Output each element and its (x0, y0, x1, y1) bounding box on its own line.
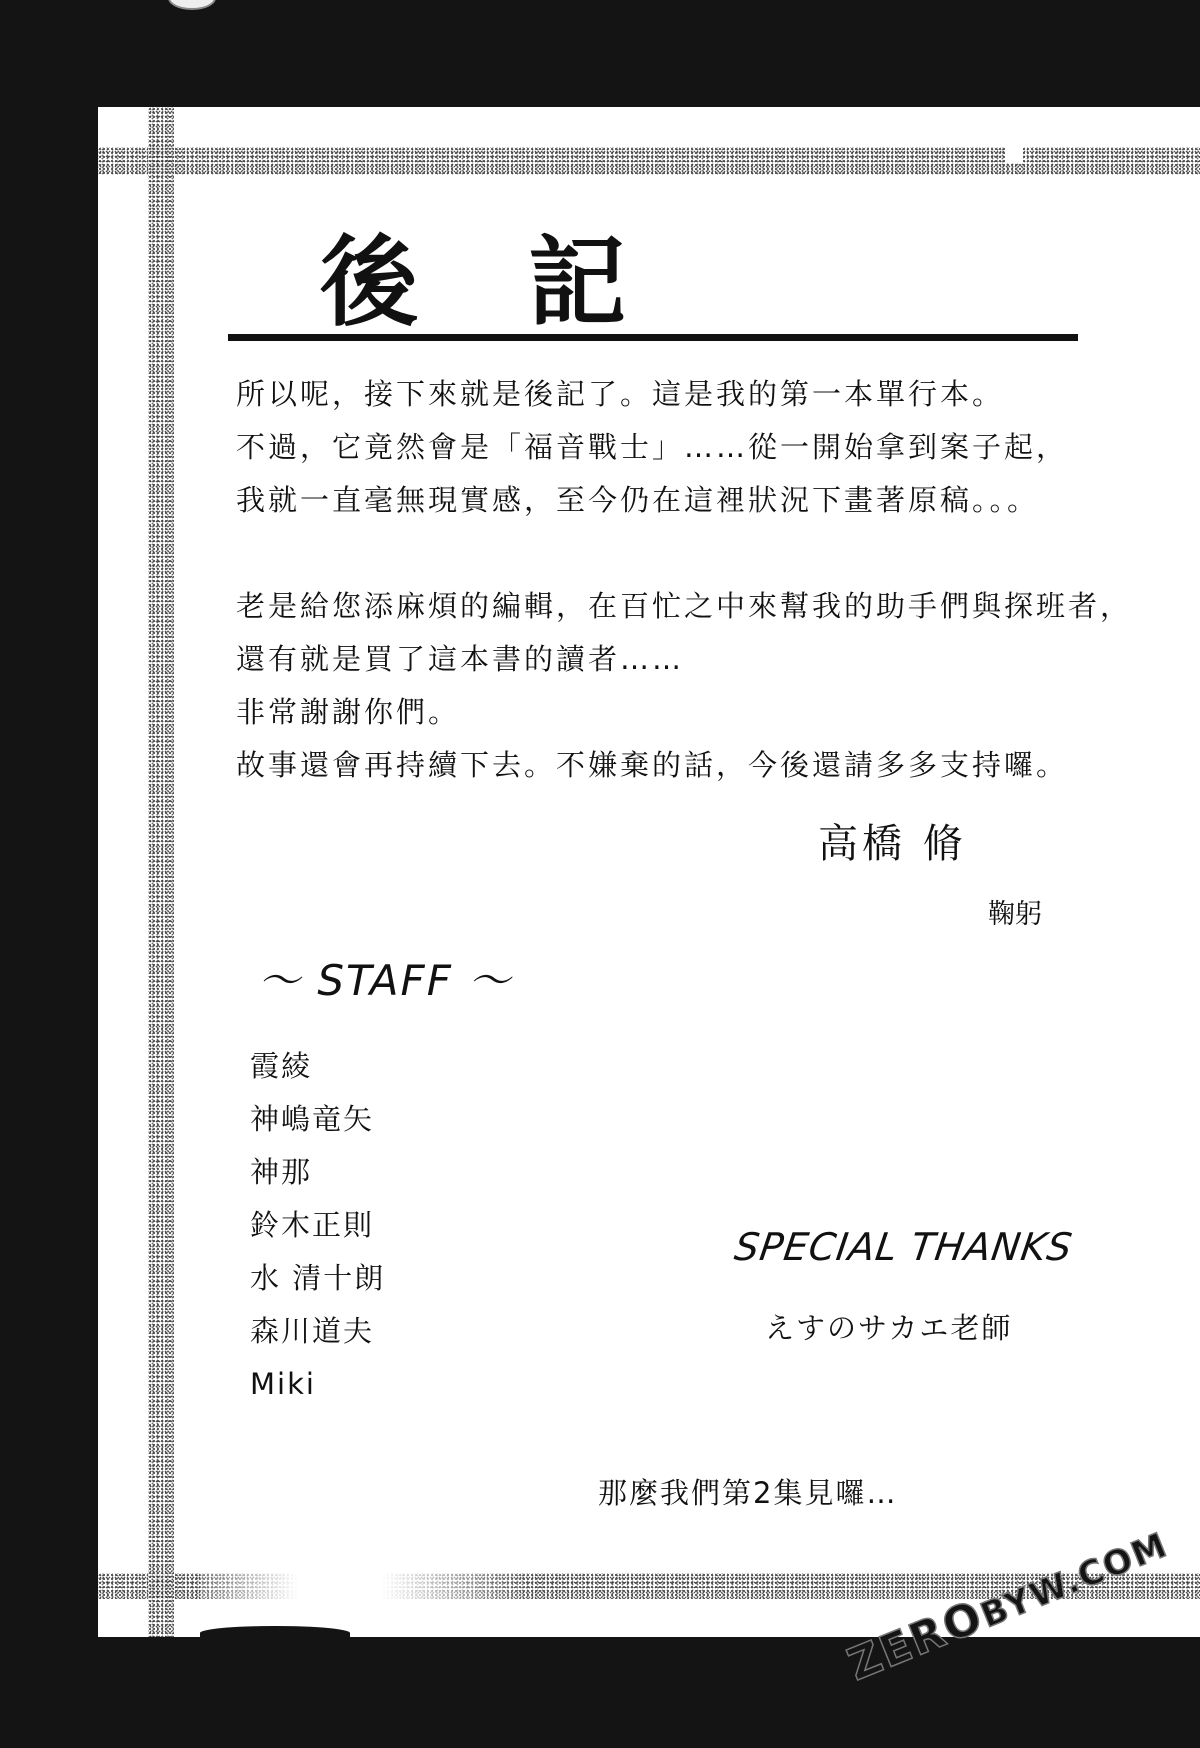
staff-member: Miki (250, 1358, 385, 1411)
text-line: 故事還會再持續下去。不嫌棄的話，今後還請多多支持囉。 (236, 739, 1132, 792)
staff-member: 水 清十朗 (250, 1252, 385, 1305)
staff-member: 森川道夫 (250, 1305, 385, 1358)
closing-line: 那麼我們第2集見囉… (598, 1471, 897, 1512)
page-bottom-edge (200, 1626, 350, 1640)
staff-list: 霞綾 神嶋竜矢 神那 鈴木正則 水 清十朗 森川道夫 Miki (250, 1040, 385, 1411)
author-bow: 鞠躬 (988, 892, 1042, 931)
special-thanks-heading: SPECIAL THANKS (732, 1225, 1075, 1269)
screentone-band-left (148, 107, 174, 1637)
title-char-1: 後 (320, 228, 418, 338)
screentone-fade (200, 1573, 530, 1599)
text-line: 還有就是買了這本書的讀者…… (236, 633, 1132, 686)
afterword-paragraph-1: 所以呢，接下來就是後記了。這是我的第一本單行本。 不過，它竟然會是「福音戰士」…… (236, 368, 1068, 527)
page-title: 後 記 (320, 228, 626, 338)
afterword-paragraph-2: 老是給您添麻煩的編輯，在百忙之中來幫我的助手們與探班者， 還有就是買了這本書的讀… (236, 580, 1132, 792)
staff-member: 神那 (250, 1146, 385, 1199)
text-line: 老是給您添麻煩的編輯，在百忙之中來幫我的助手們與探班者， (236, 580, 1132, 633)
screentone-band-top (98, 147, 1200, 175)
special-thanks-name: えすのサカエ老師 (765, 1306, 1012, 1347)
text-line: 不過，它竟然會是「福音戰士」……從一開始拿到案子起， (236, 421, 1068, 474)
author-name: 高橋 脩 (818, 812, 967, 869)
screentone-gap (1005, 147, 1023, 163)
staff-member: 鈴木正則 (250, 1199, 385, 1252)
text-line: 非常謝謝你們。 (236, 686, 1132, 739)
text-line: 所以呢，接下來就是後記了。這是我的第一本單行本。 (236, 368, 1068, 421)
title-char-2: 記 (528, 228, 626, 338)
page-edge-blob (168, 0, 216, 10)
text-line: 我就一直毫無現實感，至今仍在這裡狀況下畫著原稿。。。 (236, 474, 1068, 527)
staff-heading: ～ STAFF ～ (258, 948, 512, 1008)
title-underline (228, 334, 1078, 341)
staff-member: 霞綾 (250, 1040, 385, 1093)
staff-member: 神嶋竜矢 (250, 1093, 385, 1146)
